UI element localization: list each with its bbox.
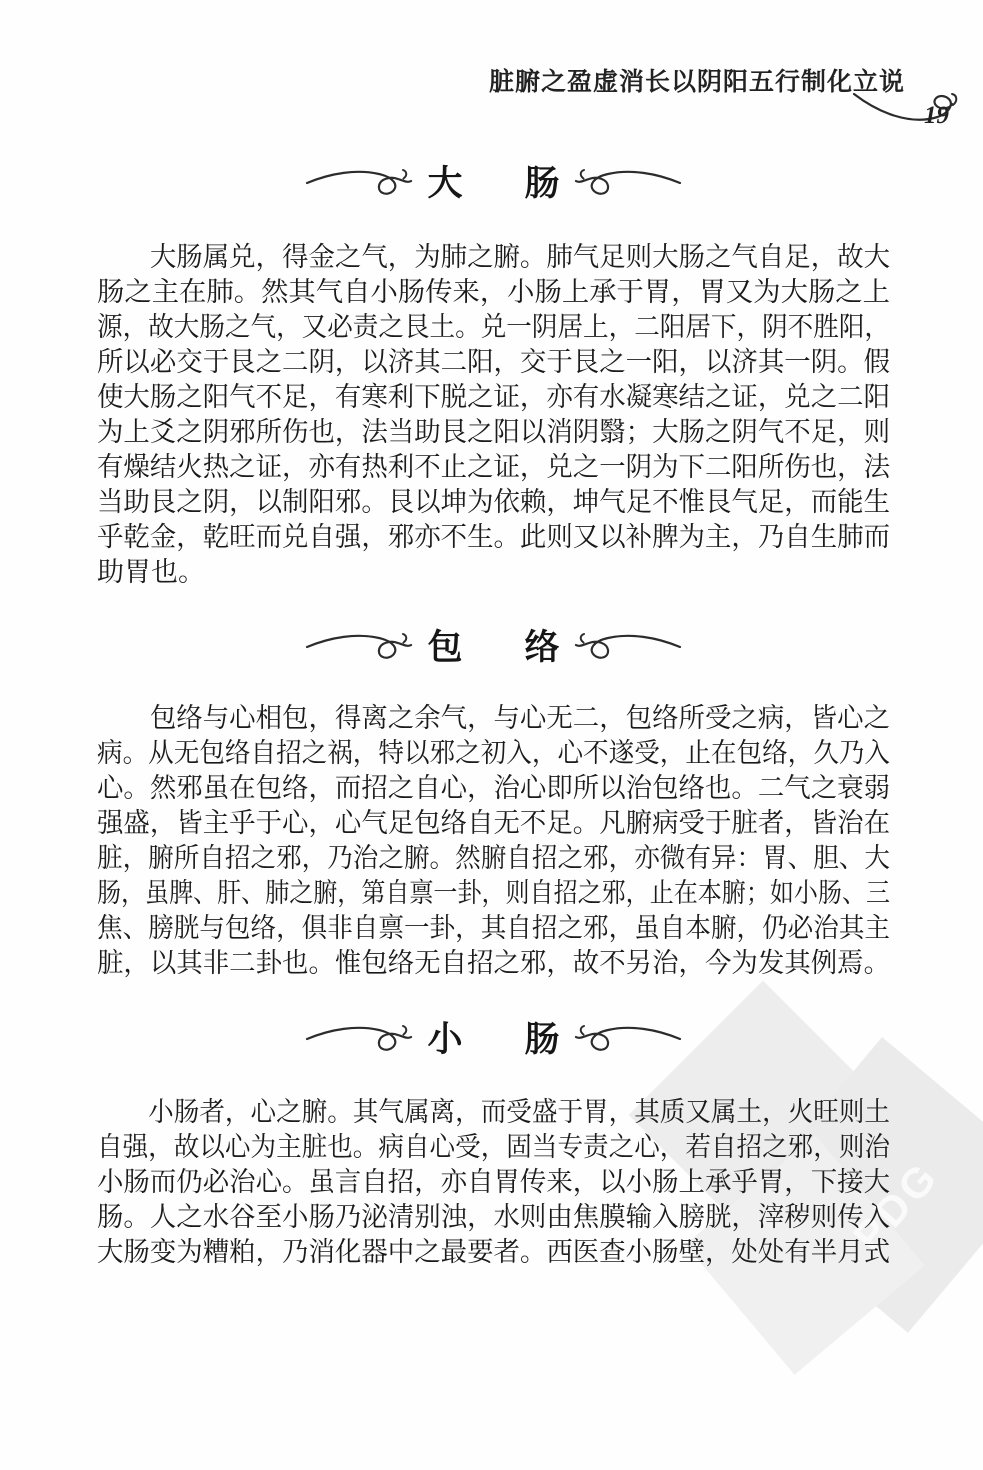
book-page: PDG 脏腑之盈虚消长以阴阳五行制化立说 19 大 肠 大肠属兑，得金之气，为肺…	[0, 0, 983, 1470]
flourish-right-icon	[574, 166, 682, 202]
text-line: 包络与心相包，得离之余气，与心无二，包络所受之病，皆心之	[97, 701, 890, 736]
section-title-xiaochang: 小 肠	[97, 1016, 890, 1064]
text-line: 大肠属兑，得金之气，为肺之腑。肺气足则大肠之气自足，故大	[97, 240, 890, 275]
text-line: 肠，虽脾、肝、肺之腑，第自禀一卦，则自招之邪，止在本腑；如小肠、三	[97, 876, 890, 911]
paragraph-xiaochang: 小肠者，心之腑。其气属离，而受盛于胃，其质又属土，火旺则土 自强，故以心为主脏也…	[97, 1095, 890, 1270]
section-title-baoluo: 包 络	[97, 624, 890, 672]
text-line: 助胃也。	[97, 555, 890, 590]
text-line: 脏，腑所自招之邪，乃治之腑。然腑自招之邪，亦微有异：胃、胆、大	[97, 841, 890, 876]
text-line: 源，故大肠之气，又必责之艮土。兑一阴居上，二阳居下，阴不胜阳，	[97, 310, 890, 345]
title-char: 小	[427, 1016, 462, 1064]
text-block: 大 肠 大肠属兑，得金之气，为肺之腑。肺气足则大肠之气自足，故大 肠之主在肺。然…	[97, 0, 890, 1470]
section-title-text: 包 络	[427, 624, 559, 672]
flourish-right-icon	[574, 630, 682, 666]
text-line: 有燥结火热之证，亦有热利不止之证，兑之一阴为下二阳所伤也，法	[97, 450, 890, 485]
text-line: 当助艮之阴，以制阳邪。艮以坤为依赖，坤气足不惟艮气足，而能生	[97, 485, 890, 520]
title-char: 肠	[525, 1016, 560, 1064]
title-char: 大	[427, 160, 462, 208]
text-line: 病。从无包络自招之祸，特以邪之初入，心不遂受，止在包络，久乃入	[97, 736, 890, 771]
text-line: 大肠变为糟粕，乃消化器中之最要者。西医查小肠壁，处处有半月式	[97, 1235, 890, 1270]
text-line: 强盛，皆主乎于心，心气足包络自无不足。凡腑病受于脏者，皆治在	[97, 806, 890, 841]
text-line: 为上爻之阴邪所伤也，法当助艮之阳以消阴翳；大肠之阴气不足，则	[97, 415, 890, 450]
text-line: 肠之主在肺。然其气自小肠传来，小肠上承于胃，胃又为大肠之上	[97, 275, 890, 310]
section-title-text: 大 肠	[427, 160, 559, 208]
flourish-left-icon	[305, 1022, 413, 1058]
text-line: 乎乾金，乾旺而兑自强，邪亦不生。此则又以补脾为主，乃自生肺而	[97, 520, 890, 555]
text-line: 脏，以其非二卦也。惟包络无自招之邪，故不另治，今为发其例焉。	[97, 946, 890, 981]
section-title-dachang: 大 肠	[97, 160, 890, 208]
text-line: 肠。人之水谷至小肠乃泌清别浊，水则由焦膜输入膀胱，滓秽则传入	[97, 1200, 890, 1235]
text-line: 小肠而仍必治心。虽言自招，亦自胃传来，以小肠上承乎胃，下接大	[97, 1165, 890, 1200]
text-line: 焦、膀胱与包络，俱非自禀一卦，其自招之邪，虽自本腑，仍必治其主	[97, 911, 890, 946]
text-line: 小肠者，心之腑。其气属离，而受盛于胃，其质又属土，火旺则土	[97, 1095, 890, 1130]
text-line: 所以必交于艮之二阴，以济其二阳，交于艮之一阳，以济其一阴。假	[97, 345, 890, 380]
text-line: 心。然邪虽在包络，而招之自心，治心即所以治包络也。二气之衰弱	[97, 771, 890, 806]
flourish-left-icon	[305, 630, 413, 666]
text-line: 使大肠之阳气不足，有寒利下脱之证，亦有水凝寒结之证，兑之二阳	[97, 380, 890, 415]
text-line: 自强，故以心为主脏也。病自心受，固当专责之心，若自招之邪，则治	[97, 1130, 890, 1165]
title-char: 包	[427, 624, 462, 672]
paragraph-dachang: 大肠属兑，得金之气，为肺之腑。肺气足则大肠之气自足，故大 肠之主在肺。然其气自小…	[97, 240, 890, 590]
flourish-right-icon	[574, 1022, 682, 1058]
section-title-text: 小 肠	[427, 1016, 559, 1064]
title-char: 肠	[525, 160, 560, 208]
page-number: 19	[924, 102, 949, 130]
title-char: 络	[525, 624, 560, 672]
flourish-left-icon	[305, 166, 413, 202]
paragraph-baoluo: 包络与心相包，得离之余气，与心无二，包络所受之病，皆心之 病。从无包络自招之祸，…	[97, 701, 890, 981]
